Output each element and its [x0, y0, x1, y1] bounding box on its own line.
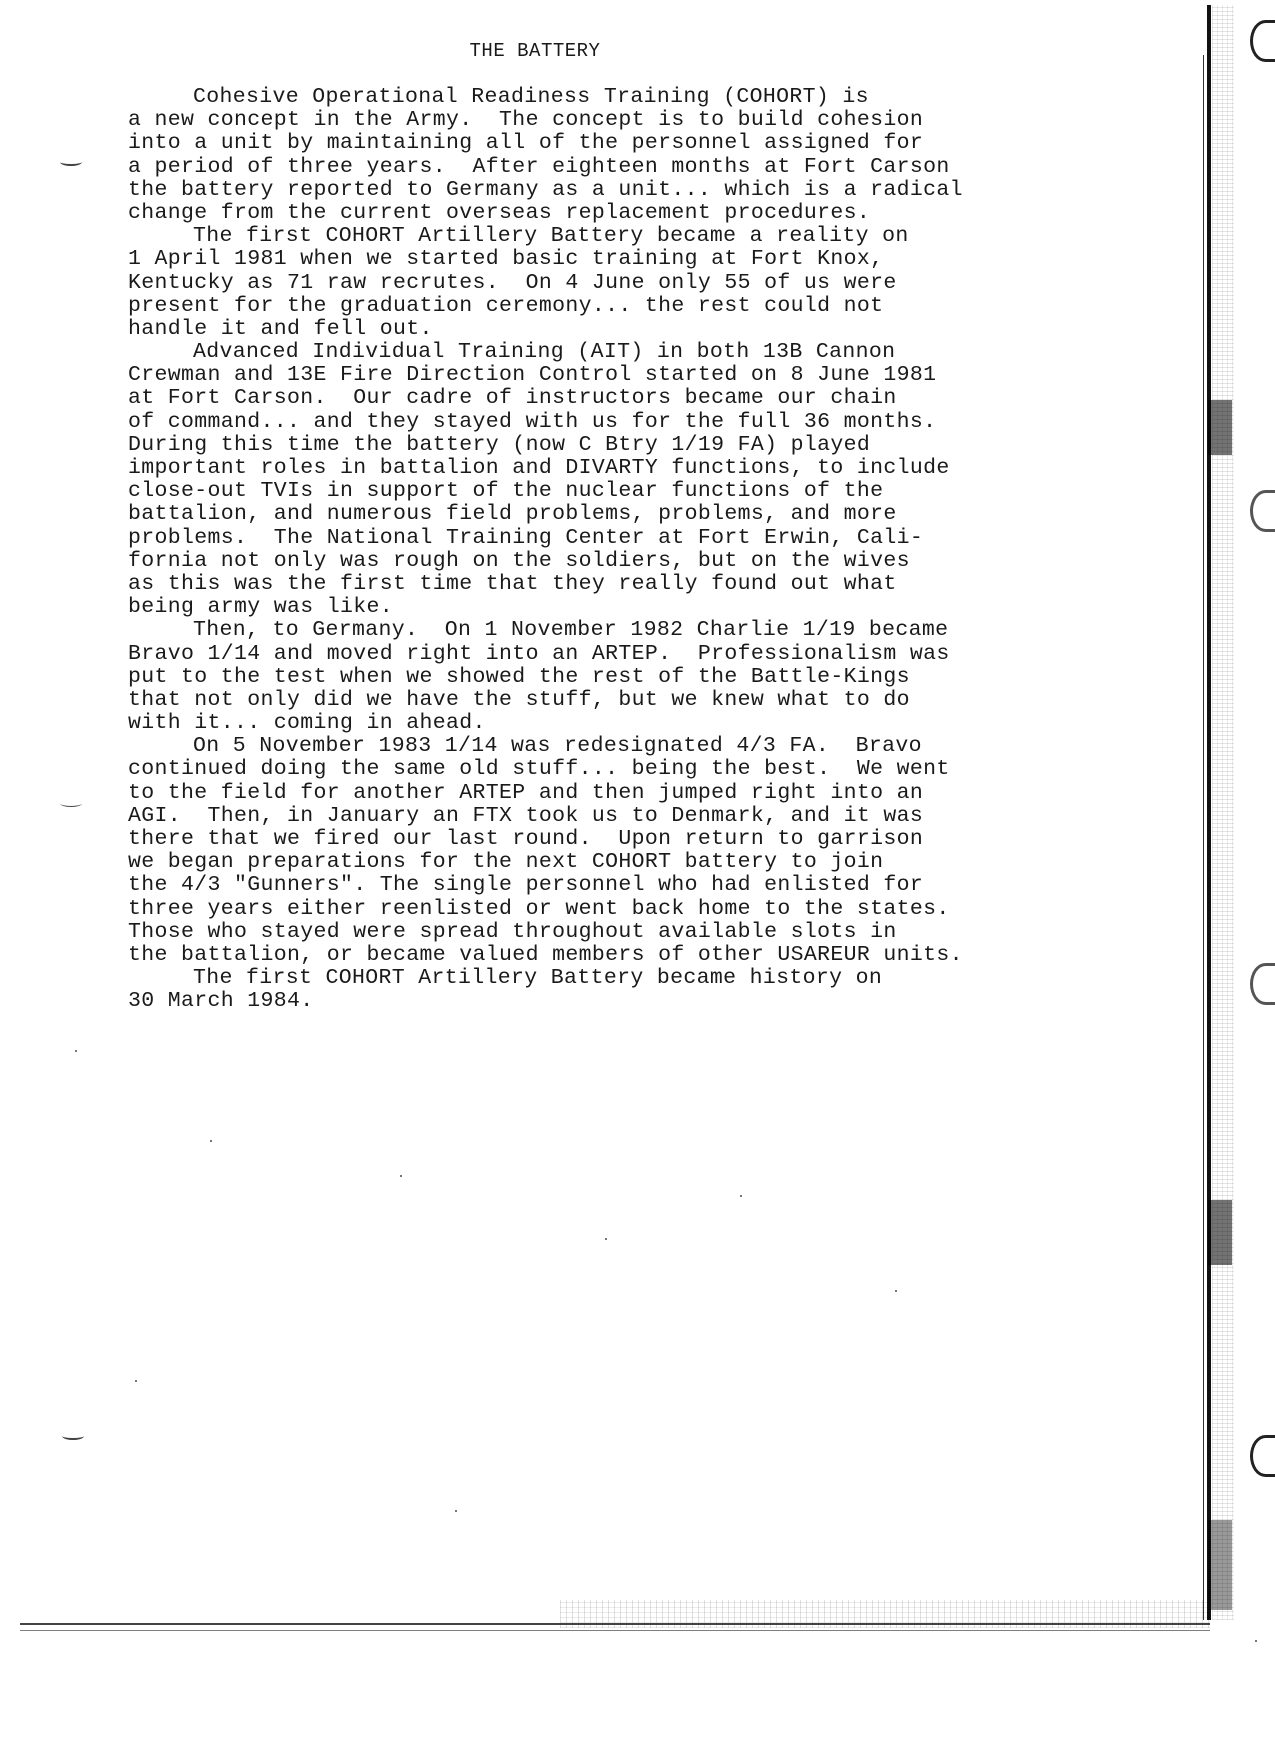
text-line: into a unit by maintaining all of the pe…	[128, 132, 1108, 155]
text-line: three years either reenlisted or went ba…	[128, 898, 1108, 921]
scan-speck	[895, 1290, 897, 1292]
scan-speck	[1255, 1640, 1257, 1642]
scan-bottom-rule	[20, 1630, 1210, 1631]
margin-mark	[60, 800, 82, 807]
text-line: Advanced Individual Training (AIT) in bo…	[128, 341, 1108, 364]
text-line: The first COHORT Artillery Battery becam…	[128, 967, 1108, 990]
punch-hole-icon	[1250, 20, 1275, 62]
punch-hole-icon	[1250, 1435, 1275, 1477]
scan-speck	[455, 1510, 457, 1512]
text-line: a new concept in the Army. The concept i…	[128, 109, 1108, 132]
text-line: continued doing the same old stuff... be…	[128, 758, 1108, 781]
scan-speck	[210, 1140, 212, 1142]
text-line: Bravo 1/14 and moved right into an ARTEP…	[128, 643, 1108, 666]
text-line: the battery reported to Germany as a uni…	[128, 179, 1108, 202]
text-line: that not only did we have the stuff, but…	[128, 689, 1108, 712]
margin-mark	[60, 158, 82, 166]
scan-blot	[1208, 400, 1232, 455]
text-line: battalion, and numerous field problems, …	[128, 503, 1108, 526]
text-line: of command... and they stayed with us fo…	[128, 411, 1108, 434]
scan-speck	[75, 1050, 77, 1052]
text-line: important roles in battalion and DIVARTY…	[128, 457, 1108, 480]
text-line: The first COHORT Artillery Battery becam…	[128, 225, 1108, 248]
text-line: fornia not only was rough on the soldier…	[128, 550, 1108, 573]
text-line: 30 March 1984.	[128, 990, 1108, 1013]
text-line: problems. The National Training Center a…	[128, 527, 1108, 550]
text-line: On 5 November 1983 1/14 was redesignated…	[128, 735, 1108, 758]
text-line: AGI. Then, in January an FTX took us to …	[128, 805, 1108, 828]
text-line: Crewman and 13E Fire Direction Control s…	[128, 364, 1108, 387]
text-line: the battalion, or became valued members …	[128, 944, 1108, 967]
text-line: Kentucky as 71 raw recrutes. On 4 June o…	[128, 272, 1108, 295]
scan-speck	[605, 1238, 607, 1240]
punch-hole-icon	[1250, 490, 1275, 532]
scan-blot	[1208, 1520, 1232, 1610]
text-line: handle it and fell out.	[128, 318, 1108, 341]
punch-hole-icon	[1250, 963, 1275, 1005]
text-line: being army was like.	[128, 596, 1108, 619]
text-line: Then, to Germany. On 1 November 1982 Cha…	[128, 619, 1108, 642]
text-line: Those who stayed were spread throughout …	[128, 921, 1108, 944]
scan-speck	[135, 1380, 137, 1382]
scan-bottom-rule	[20, 1623, 1210, 1625]
text-line: at Fort Carson. Our cadre of instructors…	[128, 387, 1108, 410]
text-line: put to the test when we showed the rest …	[128, 666, 1108, 689]
text-line: as this was the first time that they rea…	[128, 573, 1108, 596]
scan-edge-line	[1203, 55, 1204, 1620]
text-line: there that we fired our last round. Upon…	[128, 828, 1108, 851]
text-line: 1 April 1981 when we started basic train…	[128, 248, 1108, 271]
text-line: change from the current overseas replace…	[128, 202, 1108, 225]
text-line: the 4/3 "Gunners". The single personnel …	[128, 874, 1108, 897]
text-line: present for the graduation ceremony... t…	[128, 295, 1108, 318]
scan-speck	[740, 1195, 742, 1197]
text-line: we began preparations for the next COHOR…	[128, 851, 1108, 874]
text-line: During this time the battery (now C Btry…	[128, 434, 1108, 457]
page-title: THE BATTERY	[0, 40, 1070, 62]
scan-speck	[400, 1175, 402, 1177]
scan-blot	[1208, 1200, 1232, 1265]
text-line: with it... coming in ahead.	[128, 712, 1108, 735]
scan-edge-shadow	[1207, 5, 1211, 1620]
margin-mark	[62, 1432, 84, 1440]
text-line: a period of three years. After eighteen …	[128, 156, 1108, 179]
text-line: Cohesive Operational Readiness Training …	[128, 86, 1108, 109]
scanned-page: THE BATTERY Cohesive Operational Readine…	[0, 0, 1275, 1755]
scan-edge-noise	[1212, 5, 1234, 1620]
document-body: Cohesive Operational Readiness Training …	[128, 86, 1108, 1014]
text-line: close-out TVIs in support of the nuclear…	[128, 480, 1108, 503]
text-line: to the field for another ARTEP and then …	[128, 782, 1108, 805]
